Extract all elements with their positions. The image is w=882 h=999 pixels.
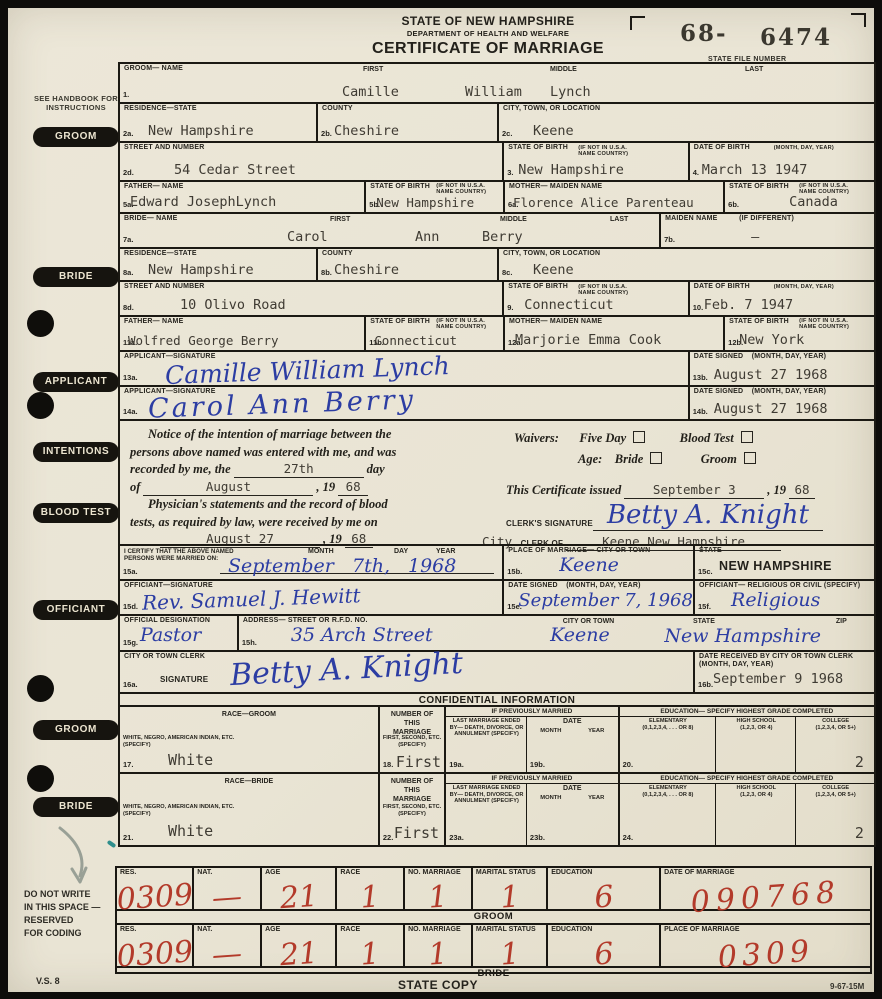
document-header: STATE OF NEW HAMPSHIRE DEPARTMENT OF HEA… xyxy=(338,14,638,58)
bride-marriage-code: 1 xyxy=(427,939,448,970)
bride-father-birth-cell: STATE OF BIRTH (IF NOT IN U.S.A. NAME CO… xyxy=(364,317,503,350)
groom-nat-code: — xyxy=(211,882,243,914)
print-code: 9-67-15M xyxy=(830,982,864,991)
groom-education-group: EDUCATION— SPECIFY HIGHEST GRADE COMPLET… xyxy=(618,707,874,772)
place-of-marriage-code: 0309 xyxy=(716,937,814,974)
groom-street-cell: STREET AND NUMBER 2d. 54 Cedar Street xyxy=(120,143,502,180)
applicant-groom-date-cell: DATE SIGNED (MONTH, DAY, YEAR) 13b. Augu… xyxy=(688,352,874,385)
waivers-line: Waivers: Five Day Blood Test xyxy=(514,429,753,447)
groom-mother-birth-cell: STATE OF BIRTH (IF NOT IN U.S.A. NAME CO… xyxy=(723,182,874,212)
bride-maiden-name-cell: MAIDEN NAME (IF DIFFERENT) 7b. — xyxy=(659,214,874,247)
applicant-bride-signature-cell: APPLICANT—SIGNATURE 14a. Carol Ann Berry xyxy=(120,387,688,419)
punch-hole xyxy=(27,310,54,337)
blood-test-checkbox xyxy=(741,431,753,443)
officiant-city: Keene xyxy=(550,624,610,646)
recorded-day: 27th xyxy=(234,463,364,478)
town-clerk-signature-cell: CITY OR TOWN CLERK 16a. SIGNATURE Betty … xyxy=(120,652,693,692)
coding-box: RES.0309 NAT.— AGE21 RACE1 NO. MARRIAGE1… xyxy=(115,866,872,974)
confidential-groom-row: RACE—GROOM WHITE, NEGRO, AMERICAN INDIAN… xyxy=(120,705,874,772)
groom-marital-code: 1 xyxy=(499,882,520,913)
groom-marriage-number-cell: NUMBER OF THIS MARRIAGE FIRST, SECOND, E… xyxy=(378,707,444,772)
bride-last-name: Berry xyxy=(482,231,523,245)
bride-mother-cell: MOTHER— MAIDEN NAME 12a. Marjorie Emma C… xyxy=(503,317,723,350)
groom-high-school-cell: HIGH SCHOOL (1,2,3, OR 4) xyxy=(715,716,795,772)
bride-education-code: 6 xyxy=(593,939,614,970)
officiant-state: New Hampshire xyxy=(664,625,821,647)
officiant-address-cell: ADDRESS— STREET OR R.F.D. NO. CITY OR TO… xyxy=(237,616,874,650)
bride-name-cell: BRIDE— NAME FIRST MIDDLE LAST 7a. Carol … xyxy=(120,214,659,247)
certificate-issued-year: 68 xyxy=(789,484,815,499)
five-day-checkbox xyxy=(633,431,645,443)
bride-res-code: 0309 xyxy=(116,937,194,972)
groom-last-marriage-ended-cell: LAST MARRIAGE ENDED BY— DEATH, DIVORCE, … xyxy=(446,716,526,772)
groom-last-name: Lynch xyxy=(550,86,591,100)
do-not-write-note: DO NOT WRITE IN THIS SPACE — RESERVED FO… xyxy=(24,888,124,940)
sidebar-tab-officiant: OFFICIANT xyxy=(33,600,119,620)
bride-last-marriage-ended-cell: LAST MARRIAGE ENDED BY— DEATH, DIVORCE, … xyxy=(446,783,526,845)
bride-marriage-number: First xyxy=(394,826,439,841)
groom-elementary-cell: ELEMENTARY (0,1,2,3,4, . . . OR 8) 20. xyxy=(620,716,716,772)
applicant-groom-signature-cell: APPLICANT—SIGNATURE 13a. Camille William… xyxy=(120,352,688,385)
sidebar-tab-intentions: INTENTIONS xyxy=(33,442,119,462)
sidebar-tab-applicant: APPLICANT xyxy=(33,372,119,392)
groom-marriage-number: First xyxy=(396,755,441,770)
marriage-day: 7th, xyxy=(352,555,390,577)
officiant-signature-row: OFFICIANT—SIGNATURE 15d. Rev. Samuel J. … xyxy=(120,579,874,614)
age-bride-checkbox xyxy=(650,452,662,464)
corner-mark-right xyxy=(851,13,866,27)
bride-first-name: Carol xyxy=(287,231,328,245)
groom-college-years: 2 xyxy=(855,755,864,770)
official-designation: Pastor xyxy=(140,624,201,646)
clerk-signature: Betty A. Knight xyxy=(607,500,809,530)
state-name: STATE OF NEW HAMPSHIRE xyxy=(338,14,638,29)
officiant-married-on-row: I CERTIFY THAT THE ABOVE NAMED PERSONS W… xyxy=(120,544,874,579)
officiant-type: Religious xyxy=(731,589,820,611)
applicant-bride-date-cell: DATE SIGNED (MONTH, DAY, YEAR) 14b. Augu… xyxy=(688,387,874,419)
groom-date-of-birth-cell: DATE OF BIRTH (MONTH, DAY, YEAR) 4. Marc… xyxy=(688,143,874,180)
bride-street-cell: STREET AND NUMBER 8d. 10 Olivo Road xyxy=(120,282,502,315)
bride-county-cell: COUNTY 8b. Cheshire xyxy=(316,249,497,280)
groom-residence-row: RESIDENCE—STATE 2a. New Hampshire COUNTY… xyxy=(120,102,874,141)
bride-race-cell: RACE—BRIDE WHITE, NEGRO, AMERICAN INDIAN… xyxy=(120,774,378,845)
sidebar-tab-bride-2: BRIDE xyxy=(33,797,119,817)
groom-county-cell: COUNTY 2b. Cheshire xyxy=(316,104,497,141)
place-of-marriage: Keene xyxy=(559,554,619,576)
officiant-date-signed-cell: DATE SIGNED (MONTH, DAY, YEAR) 15e. Sept… xyxy=(502,581,693,614)
bride-date-of-birth-cell: DATE OF BIRTH (MONTH, DAY, YEAR) 10. Feb… xyxy=(688,282,874,315)
bride-mother-birth-cell: STATE OF BIRTH (IF NOT IN U.S.A. NAME CO… xyxy=(723,317,874,350)
bride-college-years: 2 xyxy=(855,826,864,841)
age-groom-checkbox xyxy=(744,452,756,464)
department-name: DEPARTMENT OF HEALTH AND WELFARE xyxy=(338,29,638,39)
bride-residence-row: RESIDENCE—STATE 8a. New Hampshire COUNTY… xyxy=(120,247,874,280)
coding-groom-row: RES.0309 NAT.— AGE21 RACE1 NO. MARRIAGE1… xyxy=(117,868,870,909)
bride-race: White xyxy=(168,824,213,839)
bride-high-school-cell: HIGH SCHOOL (1,2,3, OR 4) xyxy=(715,783,795,845)
officiant-date-signed: September 7, 1968 xyxy=(518,590,693,611)
sidebar-tab-groom: GROOM xyxy=(33,127,119,147)
groom-father-cell: FATHER— NAME 5a. Edward JosephLynch xyxy=(120,182,364,212)
bride-name-row: BRIDE— NAME FIRST MIDDLE LAST 7a. Carol … xyxy=(120,212,874,247)
date-received: September 9 1968 xyxy=(713,673,843,687)
groom-marriage-code: 1 xyxy=(427,882,448,913)
groom-previously-married-group: IF PREVIOUSLY MARRIED LAST MARRIAGE ENDE… xyxy=(444,707,617,772)
punch-hole xyxy=(27,675,54,702)
marriage-month: September xyxy=(228,555,334,577)
groom-residence-state-cell: RESIDENCE—STATE 2a. New Hampshire xyxy=(120,104,316,141)
groom-res-code: 0309 xyxy=(116,880,194,915)
certificate-page: SEE HANDBOOK FOR INSTRUCTIONS GROOM BRID… xyxy=(8,8,874,992)
officiant-street-address: 35 Arch Street xyxy=(291,624,433,646)
handbook-note: SEE HANDBOOK FOR INSTRUCTIONS xyxy=(30,94,122,112)
bride-marital-code: 1 xyxy=(499,939,520,970)
groom-middle-name: William xyxy=(465,86,522,100)
bride-education-group: EDUCATION— SPECIFY HIGHEST GRADE COMPLET… xyxy=(618,774,874,845)
groom-father-birth-cell: STATE OF BIRTH (IF NOT IN U.S.A. NAME CO… xyxy=(364,182,503,212)
bride-race-code: 1 xyxy=(360,939,381,970)
bride-previously-married-group: IF PREVIOUSLY MARRIED LAST MARRIAGE ENDE… xyxy=(444,774,617,845)
clerk-signature-line: CLERK'S SIGNATUREBetty A. Knight xyxy=(506,513,823,531)
groom-street-row: STREET AND NUMBER 2d. 54 Cedar Street ST… xyxy=(120,141,874,180)
married-on-cell: I CERTIFY THAT THE ABOVE NAMED PERSONS W… xyxy=(120,546,502,579)
bride-nat-code: — xyxy=(211,939,243,971)
date-received-cell: DATE RECEIVED BY CITY OR TOWN CLERK (MON… xyxy=(693,652,874,692)
state-copy-label: STATE COPY xyxy=(348,978,528,992)
groom-city-cell: CITY, TOWN, OR LOCATION 2c. Keene xyxy=(497,104,874,141)
vs-form-code: V.S. 8 xyxy=(36,976,60,986)
bride-elementary-cell: ELEMENTARY (0,1,2,3,4, . . . OR 8) 24. xyxy=(620,783,716,845)
corner-mark-left xyxy=(630,16,645,30)
groom-college-cell: COLLEGE (1,2,3,4, OR 5+) 2 xyxy=(795,716,874,772)
page-title: CERTIFICATE OF MARRIAGE xyxy=(338,39,638,58)
certificate-issued-line: This Certificate issuedSeptember 3, 1968 xyxy=(506,481,818,499)
bride-city-cell: CITY, TOWN, OR LOCATION 8c. Keene xyxy=(497,249,874,280)
groom-race-code: 1 xyxy=(360,882,381,913)
bride-marriage-number-cell: NUMBER OF THIS MARRIAGE FIRST, SECOND, E… xyxy=(378,774,444,845)
punch-hole xyxy=(27,765,54,792)
groom-mother-cell: MOTHER— MAIDEN NAME 6a. Florence Alice P… xyxy=(503,182,723,212)
bride-state-of-birth-cell: STATE OF BIRTH (IF NOT IN U.S.A. NAME CO… xyxy=(502,282,687,315)
officiant-signature-cell: OFFICIANT—SIGNATURE 15d. Rev. Samuel J. … xyxy=(120,581,502,614)
bride-parents-row: FATHER— NAME 11a. Wolfred George Berry S… xyxy=(120,315,874,350)
intentions-notice: Notice of the intention of marriage betw… xyxy=(130,426,482,549)
town-clerk-signature: Betty A. Knight xyxy=(229,646,464,693)
punch-hole xyxy=(27,392,54,419)
bride-last-marriage-date-cell: DATE MONTHYEAR 23b. xyxy=(526,783,618,845)
applicant-bride-row: APPLICANT—SIGNATURE 14a. Carol Ann Berry… xyxy=(120,385,874,419)
groom-first-name: Camille xyxy=(342,86,399,100)
file-number-prefix: 68- xyxy=(680,20,728,47)
bride-father-cell: FATHER— NAME 11a. Wolfred George Berry xyxy=(120,317,364,350)
confidential-bride-row: RACE—BRIDE WHITE, NEGRO, AMERICAN INDIAN… xyxy=(120,772,874,845)
groom-race-cell: RACE—GROOM WHITE, NEGRO, AMERICAN INDIAN… xyxy=(120,707,378,772)
bride-college-cell: COLLEGE (1,2,3,4, OR 5+) 2 xyxy=(795,783,874,845)
intentions-section: Notice of the intention of marriage betw… xyxy=(120,419,874,544)
file-number: 6474 xyxy=(760,24,832,51)
place-of-marriage-cell: PLACE OF MARRIAGE— CITY OR TOWN 15b. Kee… xyxy=(502,546,693,579)
bride-residence-state-cell: RESIDENCE—STATE 8a. New Hampshire xyxy=(120,249,316,280)
bride-street-row: STREET AND NUMBER 8d. 10 Olivo Road STAT… xyxy=(120,280,874,315)
certificate-issued-date: September 3 xyxy=(624,484,764,499)
state-of-marriage: NEW HAMPSHIRE xyxy=(719,559,832,573)
groom-race: White xyxy=(168,753,213,768)
marriage-year: 1968 xyxy=(408,555,456,577)
recorded-year: 68 xyxy=(338,481,368,496)
age-waiver-line: Age: Bride Groom xyxy=(578,450,756,468)
groom-parents-row: FATHER— NAME 5a. Edward JosephLynch STAT… xyxy=(120,180,874,212)
town-clerk-row: CITY OR TOWN CLERK 16a. SIGNATURE Betty … xyxy=(120,650,874,692)
official-designation-cell: OFFICIAL DESIGNATION 15g. Pastor xyxy=(120,616,237,650)
groom-last-marriage-date-cell: DATE MONTHYEAR 19b. xyxy=(526,716,618,772)
bride-age-code: 21 xyxy=(279,939,319,972)
coding-bride-row: RES.0309 NAT.— AGE21 RACE1 NO. MARRIAGE1… xyxy=(117,925,870,966)
recorded-month: August xyxy=(143,481,313,496)
groom-name-cell: GROOM— NAME FIRST MIDDLE LAST 1. Camille… xyxy=(120,64,874,102)
groom-name-row: GROOM— NAME FIRST MIDDLE LAST 1. Camille… xyxy=(120,64,874,102)
groom-education-code: 6 xyxy=(593,882,614,913)
officiant-type-cell: OFFICIANT— RELIGIOUS OR CIVIL (SPECIFY) … xyxy=(693,581,874,614)
bride-middle-name: Ann xyxy=(415,231,439,245)
teal-mark xyxy=(107,840,117,848)
sidebar-tab-bride: BRIDE xyxy=(33,267,119,287)
groom-state-of-birth-cell: STATE OF BIRTH (IF NOT IN U.S.A. NAME CO… xyxy=(502,143,687,180)
sidebar-tab-blood-test: BLOOD TEST xyxy=(33,503,119,523)
applicant-groom-row: APPLICANT—SIGNATURE 13a. Camille William… xyxy=(120,350,874,385)
groom-age-code: 21 xyxy=(279,882,319,915)
sidebar-tab-groom-2: GROOM xyxy=(33,720,119,740)
gray-arrow-mark xyxy=(52,824,98,888)
intentions-right-column: Waivers: Five Day Blood Test Age: Bride … xyxy=(482,421,874,544)
state-of-marriage-cell: STATE 15c. NEW HAMPSHIRE xyxy=(693,546,874,579)
officiant-address-row: OFFICIAL DESIGNATION 15g. Pastor ADDRESS… xyxy=(120,614,874,650)
marriage-certificate-form: GROOM— NAME FIRST MIDDLE LAST 1. Camille… xyxy=(118,62,876,847)
